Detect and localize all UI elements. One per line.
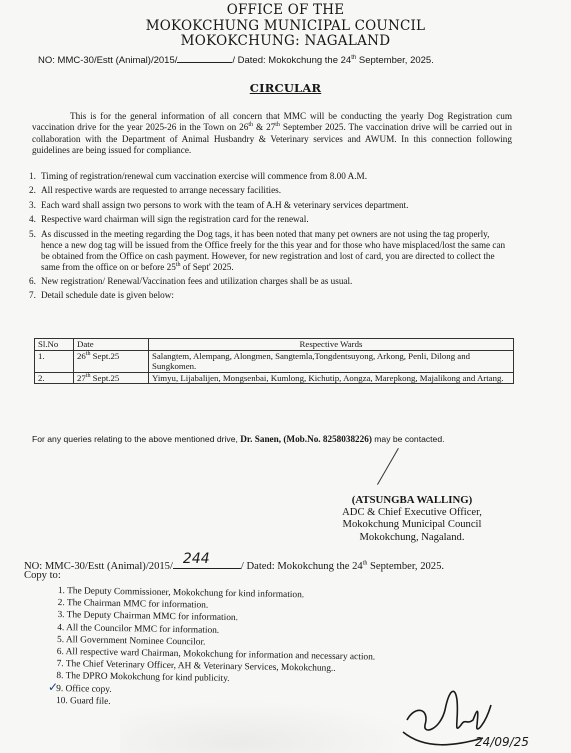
contact-note: For any queries relating to the above me… bbox=[32, 434, 445, 444]
paper-smudge bbox=[120, 700, 420, 753]
pen-stroke-mark bbox=[377, 448, 399, 485]
table-row: 1. 26th Sept.25 Salangtem, Alempang, Alo… bbox=[35, 350, 514, 372]
intro-paragraph: This is for the general information of a… bbox=[32, 111, 512, 156]
copy-to-label: Copy to: bbox=[24, 570, 61, 581]
schedule-table: Sl.No Date Respective Wards 1. 26th Sept… bbox=[34, 338, 514, 384]
checkmark-icon: ✓ bbox=[48, 680, 58, 694]
column-header-wards: Respective Wards bbox=[149, 339, 514, 351]
copy-to-list: 1. The Deputy Commissioner, Mokokchung f… bbox=[56, 585, 376, 713]
svg-text:24/09/25: 24/09/25 bbox=[475, 735, 529, 749]
table-header-row: Sl.No Date Respective Wards bbox=[35, 339, 514, 351]
guideline-item: 4.Respective ward chairman will sign the… bbox=[29, 214, 509, 225]
column-header-slno: Sl.No bbox=[35, 339, 74, 351]
guideline-item: 5.As discussed in the meeting regarding … bbox=[29, 229, 509, 273]
column-header-date: Date bbox=[74, 339, 149, 351]
header-council: MOKOKCHUNG MUNICIPAL COUNCIL bbox=[0, 18, 571, 34]
signatory-name: (ATSUNGBA WALLING) bbox=[312, 494, 512, 507]
document-title: CIRCULAR bbox=[0, 81, 571, 95]
circular-document: OFFICE OF THE MOKOKCHUNG MUNICIPAL COUNC… bbox=[0, 0, 571, 753]
reference-number: NO: MMC-30/Estt (Animal)/2015// Dated: M… bbox=[38, 53, 434, 66]
contact-person: Dr. Sanen, (Mob.No. 8258038226) bbox=[240, 434, 372, 444]
handwritten-number: 244 bbox=[183, 551, 210, 567]
header-office: OFFICE OF THE bbox=[0, 2, 571, 18]
guidelines-list: 1.Timing of registration/renewal cum vac… bbox=[29, 171, 509, 305]
header-location: MOKOKCHUNG: NAGALAND bbox=[0, 33, 571, 49]
table-row: 2. 27th Sept.25 Yimyu, Lijabalijen, Mong… bbox=[35, 372, 514, 384]
guideline-item: 2.All respective wards are requested to … bbox=[29, 185, 509, 196]
guideline-item: 1.Timing of registration/renewal cum vac… bbox=[29, 171, 509, 182]
signatory-office: Mokokchung Municipal Council bbox=[312, 519, 512, 532]
signatory-designation: ADC & Chief Executive Officer, bbox=[312, 507, 512, 520]
reference-blank bbox=[177, 53, 232, 63]
guideline-item: 7.Detail schedule date is given below: bbox=[29, 290, 509, 301]
signatory-place: Mokokchung, Nagaland. bbox=[312, 532, 512, 545]
copy-reference-number: NO: MMC-30/Estt (Animal)/2015/244/ Dated… bbox=[24, 557, 444, 572]
guideline-item: 6.New registration/ Renewal/Vaccination … bbox=[29, 276, 509, 287]
signatory-block: (ATSUNGBA WALLING) ADC & Chief Executive… bbox=[312, 494, 512, 544]
guideline-item: 3.Each ward shall assign two persons to … bbox=[29, 200, 509, 211]
